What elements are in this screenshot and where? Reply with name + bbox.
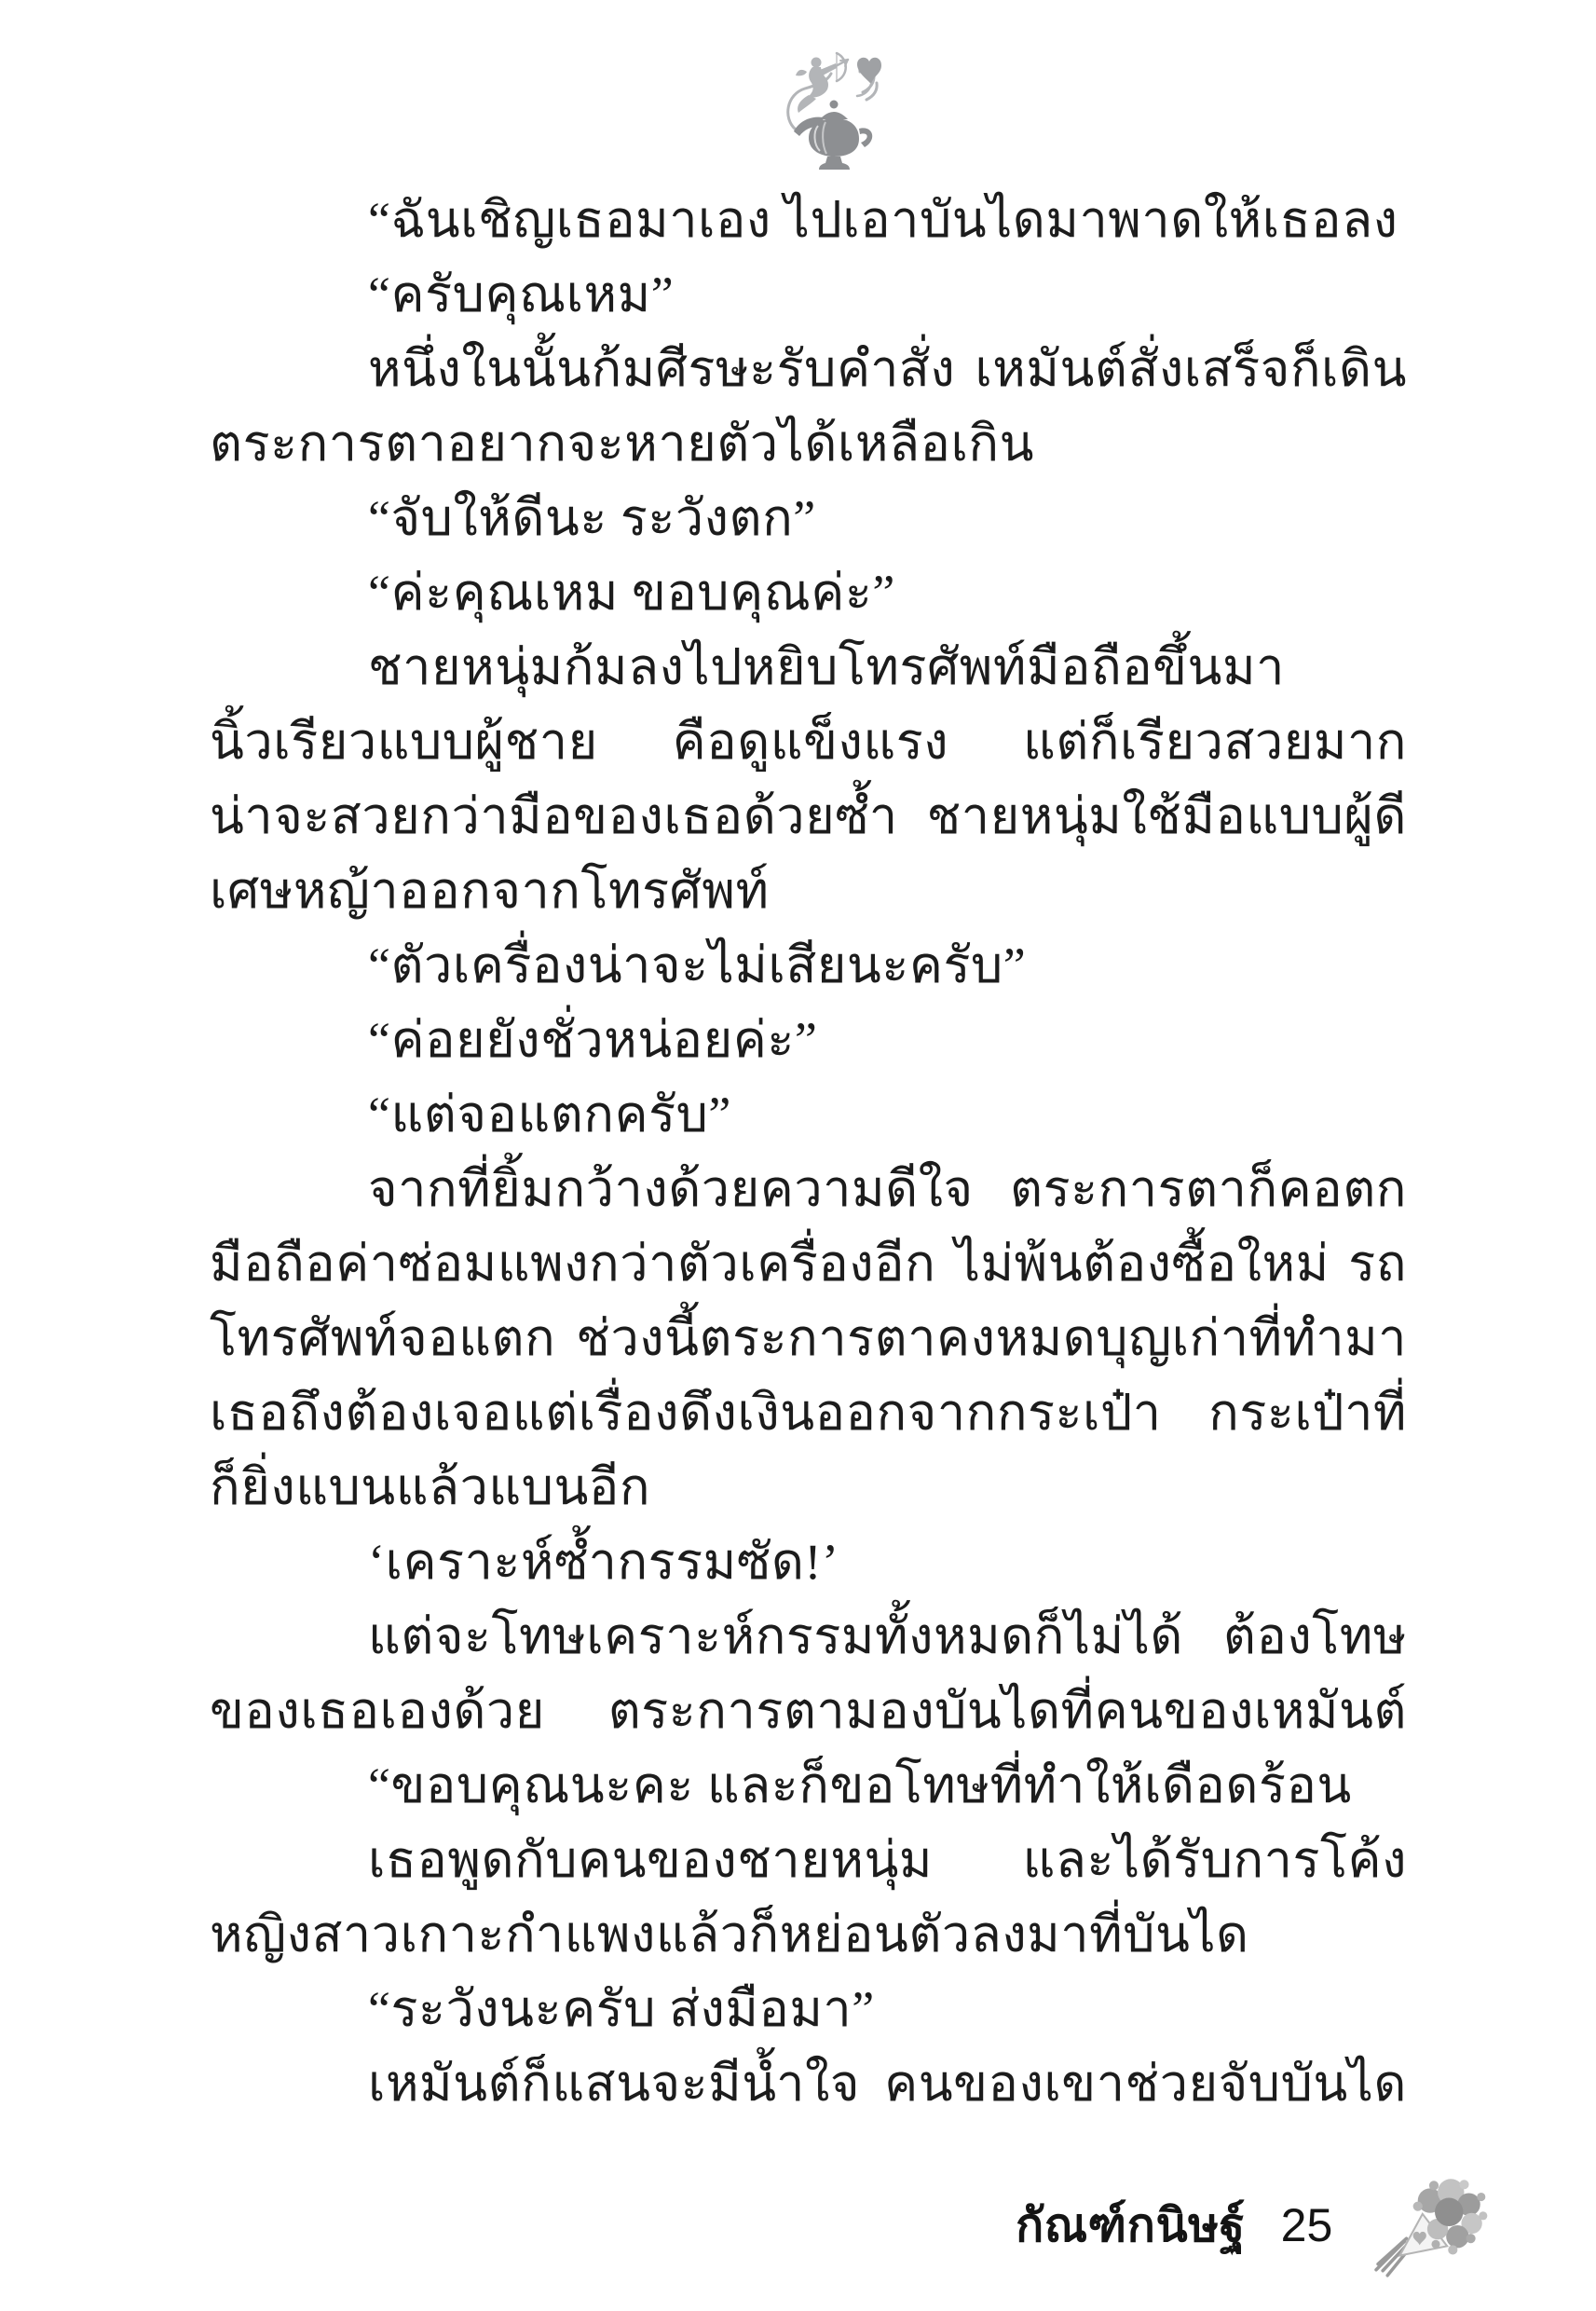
genie-lamp-cupid-heart-icon [781,48,893,175]
text-line: “แต่จอแตกครับ” [210,1077,1407,1152]
text-line: หนึ่งในนั้นก้มศีรษะรับคำสั่ง เหมันต์สั่ง… [210,332,1407,406]
text-line: แต่จะโทษเคราะห์กรรมทั้งหมดก็ไม่ได้ ต้องโ… [210,1599,1407,1674]
text-line: ชายหนุ่มก้มลงไปหยิบโทรศัพท์มือถือขึ้นมา … [210,630,1407,704]
text-line: จากที่ยิ้มกว้างด้วยความดีใจ ตระการตาก็คอ… [210,1152,1407,1226]
footer-book-title: กัณฑ์กนิษฐ์ [1016,2189,1246,2263]
text-line: “ค่อยยังชั่วหน่อยค่ะ” [210,1003,1407,1077]
text-line: ตระการตาอยากจะหายตัวได้เหลือเกิน [210,406,1407,481]
text-line: น่าจะสวยกว่ามือของเธอด้วยซ้ำ ชายหนุ่มใช้… [210,779,1407,854]
text-line: “ตัวเครื่องน่าจะไม่เสียนะครับ” [210,928,1407,1003]
page-number: 25 [1281,2198,1333,2252]
page-footer: กัณฑ์กนิษฐ์ 25 [1016,2160,1496,2290]
page-text: “ฉันเชิญเธอมาเอง ไปเอาบันไดมาพาดให้เธอลง… [210,183,1407,2121]
text-line: เหมันต์ก็แสนจะมีน้ำใจ คนของเขาช่วยจับบัน… [210,2046,1407,2121]
text-line: “ระวังนะครับ ส่งมือมา” [210,1972,1407,2046]
text-line: “ครับคุณเหม” [210,257,1407,332]
bow-arrow-icon [822,53,848,81]
text-line: “ขอบคุณนะคะ และก็ขอโทษที่ทำให้เดือดร้อนด… [210,1748,1407,1823]
flower-bouquet-icon [1373,2167,1496,2283]
text-line: มือถือค่าซ่อมแพงกว่าตัวเครื่องอีก ไม่พ้น… [210,1226,1407,1301]
text-line: หญิงสาวเกาะกำแพงแล้วก็หย่อนตัวลงมาที่บัน… [210,1897,1407,1972]
text-line: เธอพูดกับคนของชายหนุ่ม และได้รับการโค้งศ… [210,1823,1407,1897]
text-line: เศษหญ้าออกจากโทรศัพท์ [210,854,1407,928]
text-line: ของเธอเองด้วย ตระการตามองบันไดที่คนของเห… [210,1674,1407,1748]
text-line: นิ้วเรียวแบบผู้ชาย คือดูแข็งแรง แต่ก็เรี… [210,704,1407,779]
book-page: “ฉันเชิญเธอมาเอง ไปเอาบันไดมาพาดให้เธอลง… [0,0,1596,2311]
text-line: โทรศัพท์จอแตก ช่วงนี้ตระการตาคงหมดบุญเก่… [210,1301,1407,1375]
text-line: “ฉันเชิญเธอมาเอง ไปเอาบันไดมาพาดให้เธอลง… [210,183,1407,257]
heart-icon [857,58,881,96]
text-line: ก็ยิ่งแบนแล้วแบนอีก [210,1450,1407,1525]
text-line: ‘เคราะห์ซ้ำกรรมซัด!’ [210,1525,1407,1599]
header-ornament [781,48,893,175]
text-line: เธอถึงต้องเจอแต่เรื่องดึงเงินออกจากกระเป… [210,1375,1407,1450]
genie-lamp-icon [794,101,872,171]
text-line: “ค่ะคุณเหม ขอบคุณค่ะ” [210,555,1407,630]
text-line: “จับให้ดีนะ ระวังตก” [210,481,1407,555]
